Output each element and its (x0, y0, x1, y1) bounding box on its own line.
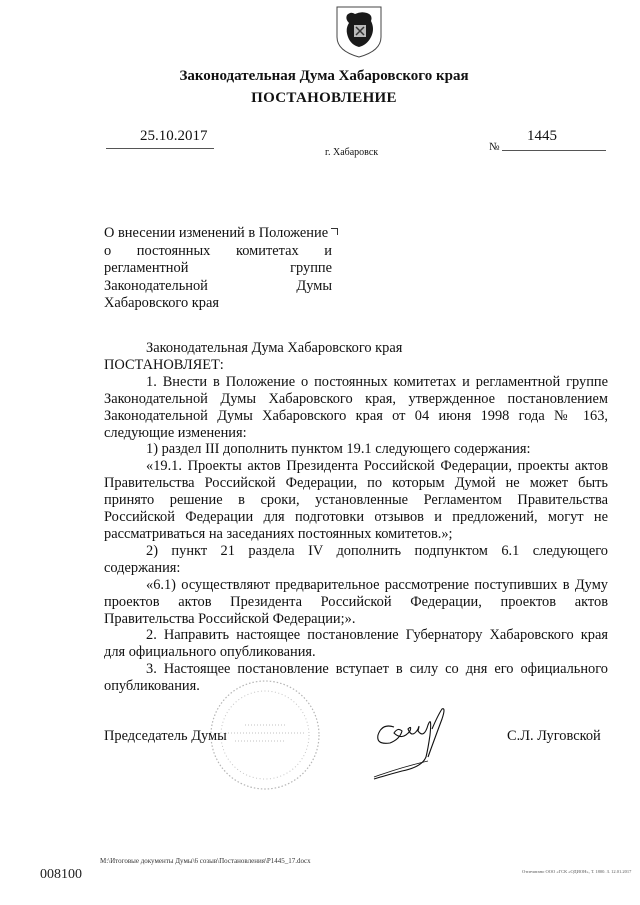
item-1-subitem-2-text: «6.1) осуществляют предварительное рассм… (104, 577, 608, 628)
subject-word: регламентной (104, 260, 188, 278)
subject-word: Хабаровского края (104, 295, 219, 313)
document-subject: О внесении изменений в Положение о посто… (104, 225, 332, 313)
subject-line: о постоянных комитетах и (104, 243, 332, 261)
signatory-name: С.Л. Луговской (507, 728, 601, 745)
subject-line: О внесении изменений в Положение (104, 225, 332, 243)
print-note: Отпечатано ООО «ГСК «ОДИОН», Т. 1800. З.… (522, 869, 631, 874)
item-1-subitem-2: 2) пункт 21 раздела IV дополнить подпунк… (104, 543, 608, 577)
document-date: 25.10.2017 (140, 128, 208, 145)
item-1: 1. Внести в Положение о постоянных комит… (104, 374, 608, 442)
signatory-title: Председатель Думы (104, 728, 227, 745)
handwritten-signature-icon (372, 705, 472, 780)
date-underline (106, 148, 214, 149)
subject-word: о (104, 243, 111, 261)
resolves-heading: ПОСТАНОВЛЯЕТ: (104, 357, 608, 374)
subject-word: постоянных (137, 243, 211, 261)
item-2: 2. Направить настоящее постановление Губ… (104, 627, 608, 661)
preamble: Законодательная Дума Хабаровского края (104, 340, 608, 357)
number-label: № (489, 141, 500, 153)
subject-line: Законодательной Думы (104, 278, 332, 296)
document-body: Законодательная Дума Хабаровского края П… (104, 340, 608, 695)
subject-word: комитетах (236, 243, 299, 261)
item-3: 3. Настоящее постановление вступает в си… (104, 661, 608, 695)
number-underline (502, 150, 606, 151)
subject-word: Законодательной (104, 278, 208, 296)
item-1-subitem-1-text: «19.1. Проекты актов Президента Российск… (104, 458, 608, 543)
subject-word: группе (290, 260, 332, 278)
document-type: ПОСТАНОВЛЕНИЕ (0, 90, 640, 107)
subject-word: Думы (296, 278, 332, 296)
subject-line: регламентной группе (104, 260, 332, 278)
document-code: 008100 (40, 867, 82, 883)
subject-word: и (324, 243, 332, 261)
subject-line: Хабаровского края (104, 295, 332, 313)
document-number: 1445 (527, 128, 557, 145)
item-1-subitem-1: 1) раздел III дополнить пунктом 19.1 сле… (104, 441, 608, 458)
organization-title: Законодательная Дума Хабаровского края (0, 68, 640, 85)
document-city: г. Хабаровск (325, 147, 378, 158)
corner-bracket-icon (331, 228, 338, 235)
subject-text: О внесении изменений в Положение (104, 225, 328, 243)
file-path: M:\Итоговые документы Думы\6 созыв\Поста… (100, 857, 311, 865)
coat-of-arms-icon (333, 3, 385, 59)
